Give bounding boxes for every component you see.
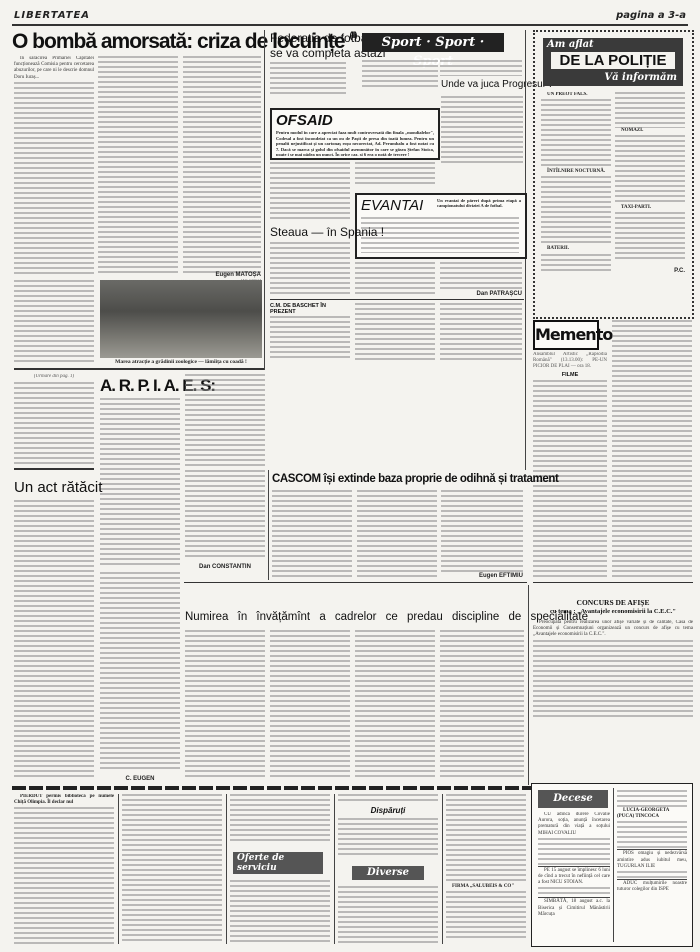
arpiaes-col-2 — [100, 398, 180, 566]
classifieds-col-2 — [122, 794, 222, 944]
teachers-col-2 — [270, 630, 350, 780]
contest-title: CONCURS DE AFIȘE — [533, 598, 693, 607]
sport-banner: Sport · Sport · Sport — [362, 33, 504, 52]
classifieds-col-3b — [230, 880, 330, 944]
section-rule — [270, 299, 524, 300]
ofsaid-text: Pentru modul în care a apreciat faza mul… — [276, 130, 434, 156]
decese-item: ADUC mulțumirile noastre tuturor colegil… — [617, 879, 687, 893]
page-number: pagina a 3-a — [616, 10, 686, 21]
section-rule — [184, 582, 527, 583]
column-divider — [613, 788, 614, 942]
basket-col-3 — [440, 303, 522, 360]
column-divider — [268, 470, 269, 580]
arpiaes-author: Dan CONSTANTIN — [185, 564, 265, 570]
classified-item: PIERDUT permis bibliotecă pe numele Chiț… — [14, 794, 114, 806]
sport-col-2 — [440, 60, 522, 76]
cascom-title: CASCOM își extinde baza proprie de odihn… — [272, 474, 558, 486]
memento-films-heading: FILME — [533, 372, 607, 378]
police-banner-main: DE LA POLIȚIE — [551, 52, 675, 69]
arpiaes-col-3b — [185, 470, 265, 560]
memento-logo: Memento — [533, 320, 599, 350]
top-rule — [12, 24, 688, 26]
diverse-text — [338, 886, 438, 944]
column-divider — [264, 30, 265, 370]
arpiaes-col-1 — [14, 382, 94, 464]
lost-act-col-1 — [14, 500, 94, 780]
evantai-cont-1 — [355, 262, 435, 296]
police-banner-top: Am aflat — [547, 39, 594, 50]
section-rule — [14, 368, 264, 370]
evantai-title: EVANTAI — [361, 198, 423, 213]
progresul-text — [441, 96, 523, 166]
police-item: NOMAZI. — [615, 128, 685, 134]
photo-caption: Marea atracție a grădinii zoologice — lă… — [100, 359, 262, 365]
teachers-col-4 — [440, 630, 524, 780]
basket-col-1 — [270, 316, 350, 360]
ofsaid-box: OFSAID Pentru modul în care a apreciat f… — [270, 108, 440, 160]
police-col-1: UN PREOT FALS. ÎNTÎLNIRE NOCTURNĂ. BATER… — [541, 92, 611, 312]
lost-act-author: C. EUGEN — [100, 776, 180, 782]
classifieds-col-3a — [230, 794, 330, 844]
housing-lead: In sărăcirea Primăriei Capitalei funcțio… — [14, 56, 94, 81]
disparuti-heading: Dispăruți — [338, 806, 438, 815]
disparuti-text — [338, 818, 438, 858]
arpiaes-continued: (Urmare din pag. 1) — [14, 374, 94, 380]
football-fed-text — [270, 62, 346, 94]
column-divider — [442, 794, 443, 944]
police-signature: P.C. — [615, 268, 685, 274]
oferte-banner: Oferte de serviciu — [233, 852, 323, 874]
police-item: TAXI-PARTI. — [615, 205, 685, 211]
police-banner: Am aflat DE LA POLIȚIE Vă informăm — [543, 38, 683, 86]
police-item: BATERII. — [541, 246, 611, 252]
firma-ad: FIRMA „SALUBEIS & CO" — [446, 884, 526, 890]
steaua-text — [270, 242, 350, 294]
decese-item: CU adîncă durere Covalie Aurora, soția, … — [538, 812, 610, 837]
evantai-quotes — [361, 217, 519, 253]
memento-films-right — [612, 320, 692, 578]
cascom-col-1 — [272, 490, 352, 578]
teachers-col-3 — [355, 630, 435, 780]
steaua-title: Steaua — în Spania ! — [270, 226, 384, 238]
memento-title: Memento — [535, 322, 597, 348]
basket-title: C.M. DE BASCHET ÎN PREZENT — [270, 303, 350, 315]
housing-author: Eugen MATOȘA — [183, 272, 261, 278]
steaua-col-2 — [355, 162, 435, 187]
masthead: LIBERTATEA — [14, 10, 90, 21]
police-item: UN PREOT FALS. — [541, 92, 611, 98]
column-divider — [334, 794, 335, 944]
steaua-col-1 — [270, 162, 350, 222]
classifieds-col-1: PIERDUT permis bibliotecă pe numele Chiț… — [14, 794, 114, 944]
sport-col-1 — [362, 60, 438, 90]
column-divider — [528, 585, 529, 785]
basket-col-2 — [355, 303, 435, 360]
housing-col-2 — [98, 56, 178, 276]
decese-item: PE 15 august se împlinesc 6 luni de cînd… — [538, 866, 610, 887]
lost-act-title: Un act rătăcit — [14, 480, 102, 495]
housing-col-1: In sărăcirea Primăriei Capitalei funcțio… — [14, 56, 94, 276]
decese-item: SÎMBĂTĂ, 18 august a.c. la Biserica și C… — [538, 897, 610, 918]
evantai-author: Dan PATRAȘCU — [440, 291, 522, 297]
arpiaes-col-3 — [185, 374, 265, 466]
section-rule — [533, 582, 693, 583]
police-box: Am aflat DE LA POLIȚIE Vă informăm UN PR… — [533, 30, 694, 319]
classifieds-col-4a — [338, 794, 438, 802]
zoo-photo — [100, 280, 262, 358]
police-banner-bottom: Vă informăm — [604, 72, 677, 83]
decese-banner: Decese — [538, 790, 608, 808]
decese-box: Decese CU adîncă durere Covalie Aurora, … — [531, 783, 693, 947]
column-divider — [118, 794, 119, 944]
housing-col-3 — [183, 56, 261, 276]
evantai-subtitle: Un evantai de păreri după prima etapă a … — [437, 198, 521, 212]
ofsaid-title: OFSAID — [276, 113, 333, 128]
police-col-2: NOMAZI. TAXI-PARTI. P.C. — [615, 92, 685, 312]
housing-col-1b — [14, 280, 94, 365]
cascom-col-3 — [441, 490, 523, 572]
decese-col-2: LUCIA-GEORGETA (PUCA) TINCOCA PIOS omagi… — [617, 790, 687, 940]
column-divider — [226, 794, 227, 944]
lost-act-col-2 — [100, 572, 180, 772]
cascom-col-2 — [357, 490, 437, 578]
police-item: ÎNTÎLNIRE NOCTURNĂ. — [541, 169, 611, 175]
decese-item: PIOS omagiu și nedezvărsă amintire adus … — [617, 849, 687, 870]
evantai-cont-2 — [440, 262, 522, 292]
memento-intro: Ansamblul Artistic „Rapsodia Română" (13… — [533, 352, 607, 370]
decese-col-1: CU adîncă durere Covalie Aurora, soția, … — [538, 812, 610, 942]
teachers-col-1 — [185, 630, 265, 780]
cascom-author: Eugen EFTIMIU — [441, 573, 523, 579]
section-rule — [14, 468, 94, 470]
classifieds-col-5: FIRMA „SALUBEIS & CO" — [446, 794, 526, 944]
decese-item: LUCIA-GEORGETA (PUCA) TINCOCA — [617, 808, 687, 820]
diverse-banner: Diverse — [352, 866, 424, 880]
contest-text: Preocupată pentru realizarea unor afișe … — [533, 620, 693, 720]
